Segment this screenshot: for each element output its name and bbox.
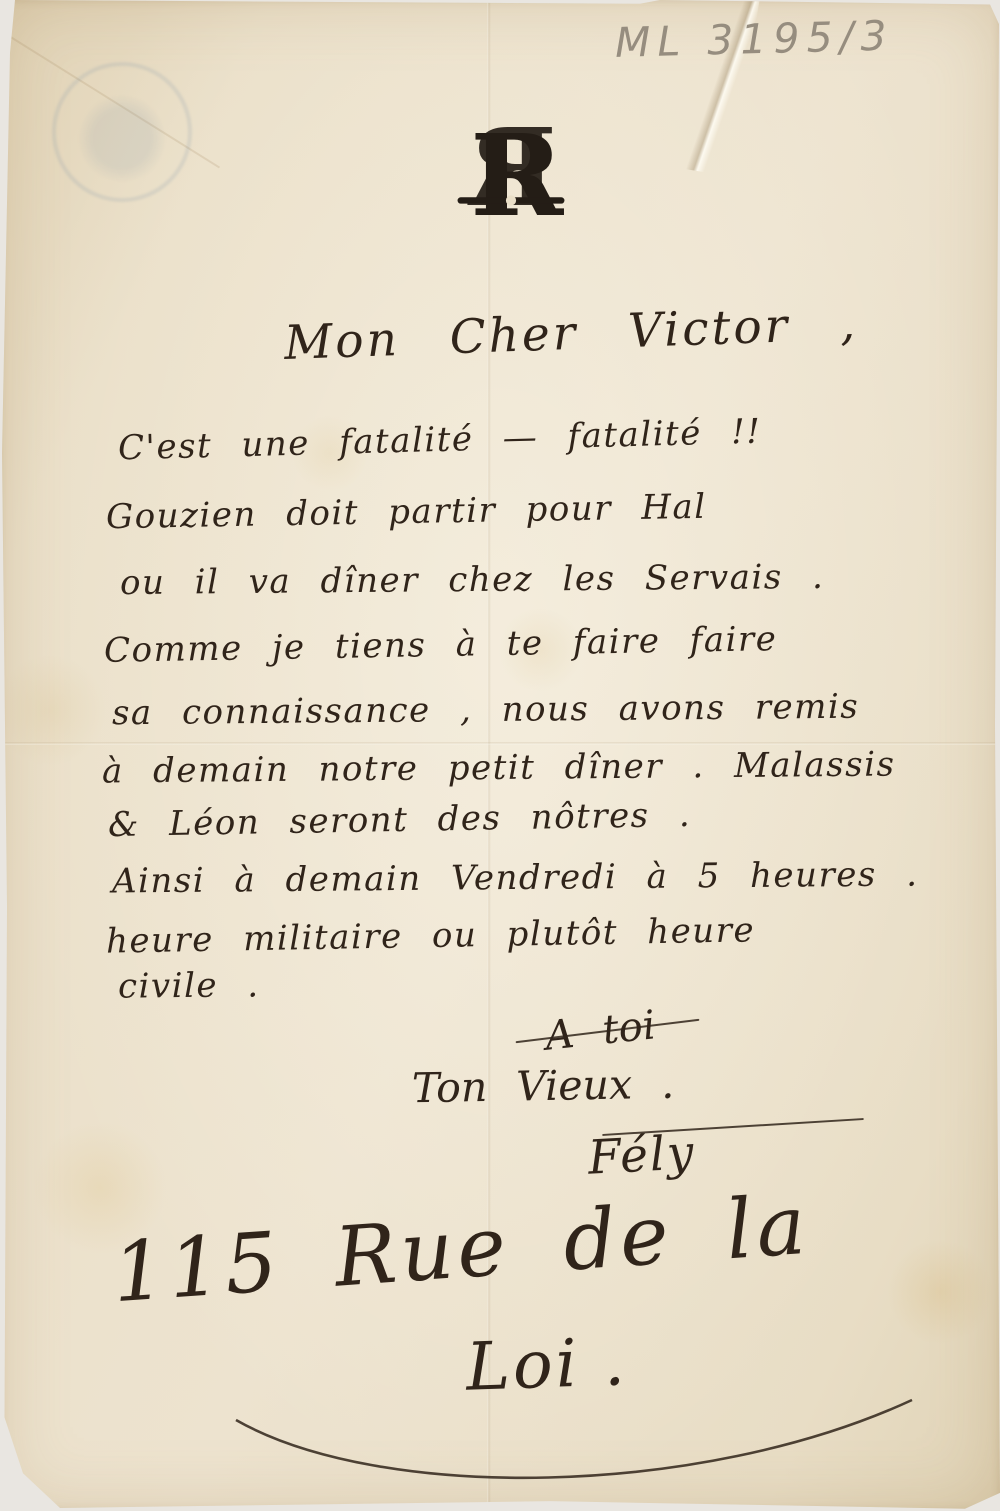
archive-mark: ML 3195/3 [614, 9, 985, 67]
body-line: Comme je tiens à te faire faire [104, 619, 778, 671]
closing-line: A toi [543, 1002, 658, 1059]
body-line: & Léon seront des nôtres . [108, 795, 692, 845]
salutation: Mon Cher Victor , [283, 296, 859, 371]
letter-page: ML 3195/3 R R Mon Cher Victor , C'est un… [0, 0, 1000, 1511]
faint-round-stamp-icon [52, 62, 192, 202]
closing-line: Ton Vieux . [412, 1060, 675, 1113]
body-line: C'est une fatalité — fatalité !! [118, 412, 762, 469]
body-line: heure militaire ou plutôt heure [106, 910, 756, 961]
signature: Fély [587, 1125, 697, 1186]
body-line: Ainsi à demain Vendredi à 5 heures . [112, 854, 919, 901]
body-line: Gouzien doit partir pour Hal [106, 487, 707, 537]
monogram-icon: R R [444, 98, 578, 238]
body-line: à demain notre petit dîner . Malassis [102, 745, 896, 792]
body-line: civile . [118, 965, 260, 1006]
address-line: 115 Rue de la [110, 1178, 813, 1321]
body-line: sa connaissance , nous avons remis [112, 687, 860, 734]
address-line: Loi . [465, 1323, 629, 1406]
monogram-letter-front: R [470, 111, 564, 238]
body-line: ou il va dîner chez les Servais . [120, 557, 825, 603]
